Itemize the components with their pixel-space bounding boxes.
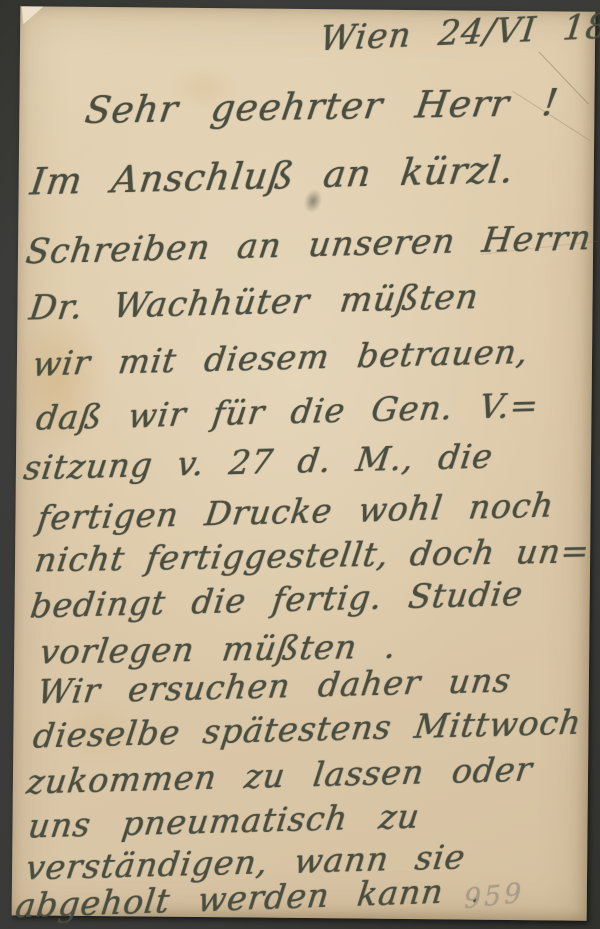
- dateline: Wien 24/VI 18: [318, 7, 600, 60]
- letter-line: wir mit diesem betrauen,: [30, 332, 531, 384]
- letter-line: uns pneumatisch zu: [26, 796, 422, 845]
- letter-line: Im Anschluß an kürzl.: [28, 148, 517, 203]
- letter-line: Dr. Wachhüter müßten: [27, 277, 481, 329]
- letter-line: dieselbe spätestens Mittwoch: [31, 702, 584, 755]
- letter-line: nicht fertiggestellt, doch un=: [32, 531, 592, 579]
- letter-line: fertigen Drucke wohl noch: [35, 485, 557, 537]
- letter-paper: Wien 24/VI 18 Sehr geehrter Herr ! Im An…: [12, 6, 596, 920]
- letter-line: bedingt die fertig. Studie: [28, 574, 526, 626]
- letter-line: daß wir für die Gen. V.=: [34, 386, 541, 438]
- letter-line: zukommen zu lassen oder: [24, 749, 535, 801]
- scanned-letter-page: Wien 24/VI 18 Sehr geehrter Herr ! Im An…: [0, 0, 600, 929]
- torn-corner: [21, 6, 43, 24]
- letter-line: Schreiben an unseren Herrn: [23, 218, 594, 272]
- archival-number: 959: [464, 877, 524, 915]
- letter-line-salutation: Sehr geehrter Herr !: [82, 81, 561, 132]
- letter-line: sitzung v. 27 d. M., die: [21, 436, 495, 487]
